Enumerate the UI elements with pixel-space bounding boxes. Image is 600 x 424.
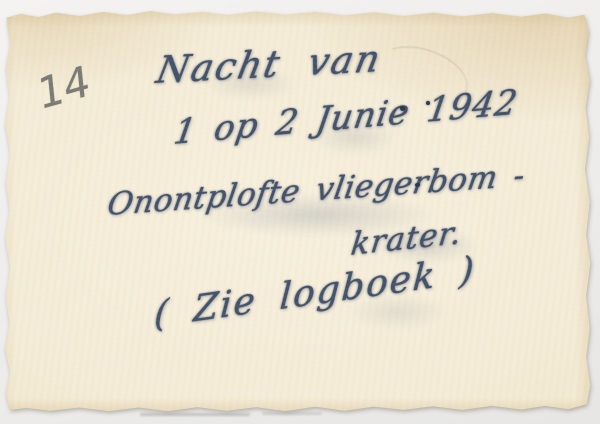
scanned-photo-back: 14 Nacht van 1 op 2 Junie 1942 Onontplof… <box>0 0 600 424</box>
pencil-page-number: 14 <box>35 55 92 119</box>
handwriting-line-5: ( Zie logboek ) <box>153 249 477 336</box>
photo-paper: 14 Nacht van 1 op 2 Junie 1942 Onontplof… <box>3 7 592 414</box>
paper-shadow: 14 Nacht van 1 op 2 Junie 1942 Onontplof… <box>0 0 600 424</box>
handwriting-line-2: 1 op 2 Junie 1942 <box>171 82 521 153</box>
ink-dot <box>400 106 405 111</box>
handwriting-line-1: Nacht van <box>153 37 386 92</box>
ink-dot <box>415 183 420 187</box>
scanner-artifact <box>262 412 322 415</box>
ink-dot <box>426 101 430 105</box>
handwriting-line-3: Onontplofte vliegerbom - <box>105 157 528 223</box>
scanner-artifact <box>140 413 250 416</box>
